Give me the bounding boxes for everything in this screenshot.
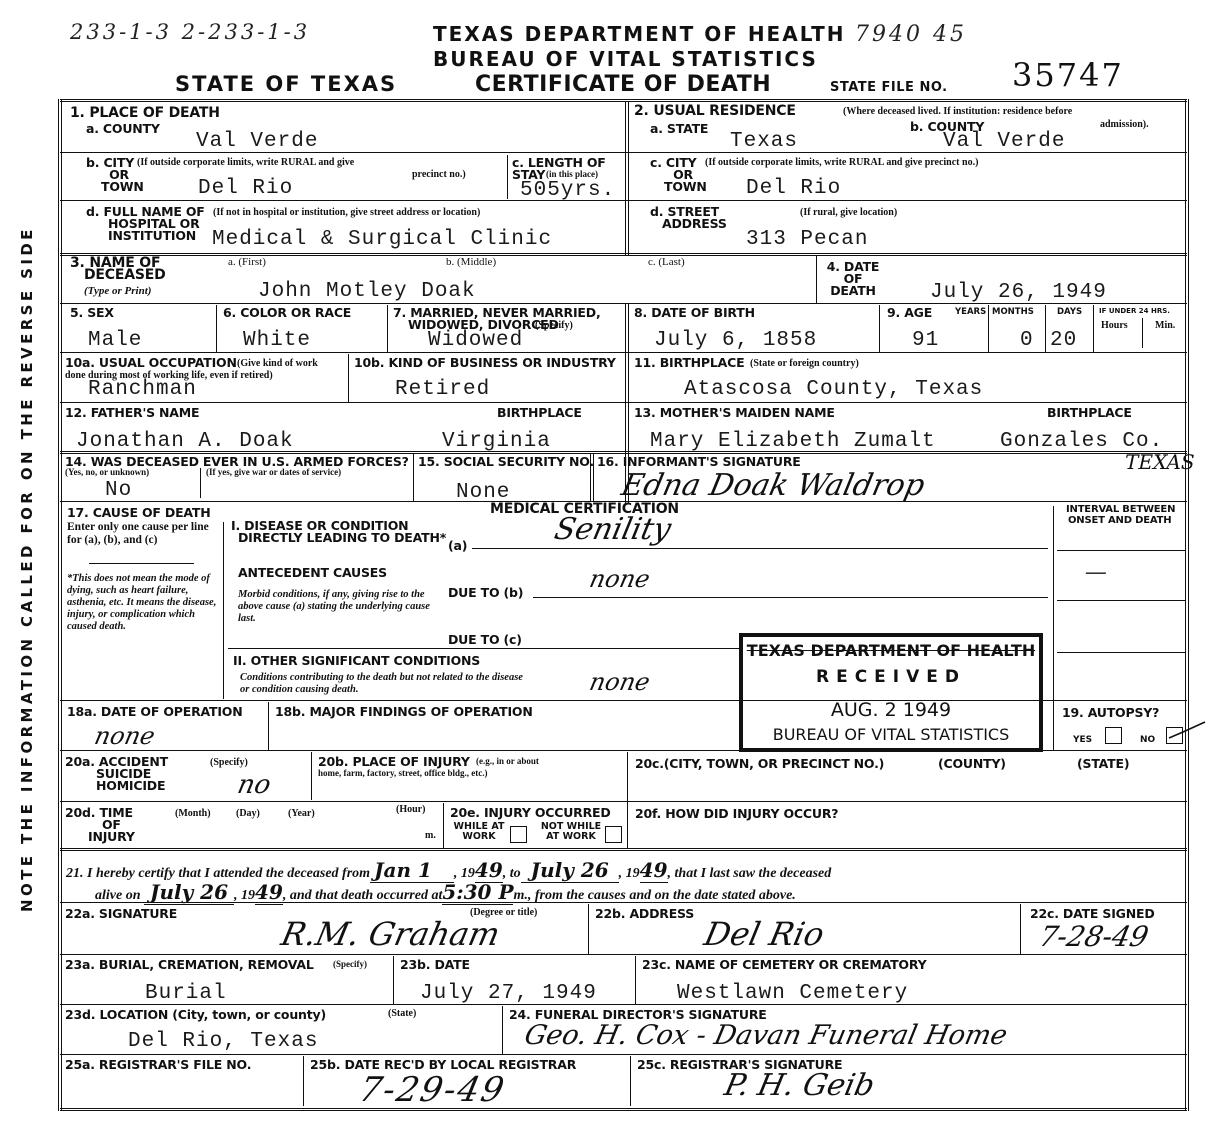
m-label: m. (425, 830, 436, 841)
cert-text-4: m., from the causes and on the date stat… (513, 888, 795, 903)
rule (443, 803, 444, 848)
form-title: CERTIFICATE OF DEATH (475, 72, 771, 97)
funeral-director-signature: Geo. H. Cox - Davan Funeral Home (522, 1020, 1010, 1051)
year-label: (Year) (288, 808, 315, 819)
date-signed-value: 7-28-49 (1036, 920, 1151, 953)
rule (228, 648, 743, 649)
certification-line-2: alive on July 26, 1949, and that death o… (95, 880, 796, 904)
armed-forces-note-1: (Yes, no, or unknown) (65, 468, 149, 478)
usual-residence-note: (Where deceased lived. If institution: r… (843, 106, 1072, 117)
birthplace-value: Atascosa County, Texas (684, 378, 983, 401)
cert-text-2: , that I last saw the deceased (668, 866, 832, 881)
disease-label-2: DIRECTLY LEADING TO DEATH* (238, 531, 446, 544)
physician-address: Del Rio (701, 915, 828, 953)
frame-left (58, 99, 62, 1111)
minutes-label: Min. (1155, 320, 1175, 331)
years-label: YEARS (955, 308, 986, 317)
usual-residence-note-2: admission). (1100, 119, 1149, 130)
deceased-full-name: John Motley Doak (258, 280, 476, 303)
rule (627, 152, 1187, 153)
while-at-work-checkbox[interactable] (510, 826, 527, 843)
autopsy-label: 19. AUTOPSY? (1062, 706, 1159, 719)
stamp-line-1: TEXAS DEPARTMENT OF HEALTH (743, 641, 1039, 660)
dob-label: 8. DATE OF BIRTH (634, 306, 755, 319)
agency-line-2: BUREAU OF VITAL STATISTICS (433, 47, 818, 71)
registrar-signature: P. H. Geib (721, 1068, 877, 1103)
age-months-value: 0 (1020, 329, 1034, 352)
rule (1142, 318, 1143, 348)
cause-b-value: none (587, 565, 653, 593)
rule (413, 453, 414, 501)
rule (630, 1056, 631, 1106)
stay-value: 505yrs. (520, 179, 615, 202)
mother-name-label: 13. MOTHER'S MAIDEN NAME (634, 406, 835, 419)
rule (60, 200, 627, 201)
check-mark-icon (1167, 724, 1207, 744)
sex-label: 5. SEX (70, 306, 114, 319)
res-state-label: a. STATE (650, 122, 708, 135)
autopsy-yes-checkbox[interactable] (1105, 727, 1122, 744)
burial-location-value: Del Rio, Texas (128, 1030, 318, 1053)
injury-type-label-3: HOMICIDE (96, 779, 165, 792)
state-file-label: STATE FILE NO. (830, 80, 948, 95)
injury-place-note-1: (e.g., in or about (476, 757, 539, 767)
rule (502, 1006, 503, 1054)
cert-text-19c: , 19 (234, 888, 255, 903)
operation-findings-label: 18b. MAJOR FINDINGS OF OPERATION (275, 705, 533, 718)
registrar-file-label: 25a. REGISTRAR'S FILE NO. (65, 1058, 251, 1071)
race-value: White (243, 329, 311, 352)
death-city-town: TOWN (101, 180, 144, 193)
rule (588, 904, 589, 954)
rule (590, 453, 594, 501)
not-while-at-work-checkbox[interactable] (605, 826, 622, 843)
cert-text-19b: , 19 (619, 866, 640, 881)
dob-value: July 6, 1858 (654, 329, 817, 352)
rule (268, 702, 269, 750)
burial-location-label: 23d. LOCATION (City, town, or county) (65, 1008, 326, 1021)
rule (816, 255, 817, 303)
street-value: 313 Pecan (746, 228, 868, 251)
rule (393, 956, 394, 1004)
day-label: (Day) (236, 808, 260, 819)
business-label: 10b. KIND OF BUSINESS OR INDUSTRY (354, 356, 616, 369)
occupation-value: Ranchman (88, 378, 197, 401)
deceased-name-label-3: (Type or Print) (84, 285, 151, 298)
state-heading: STATE OF TEXAS (175, 72, 397, 96)
rule (1093, 305, 1094, 352)
state-file-number: 35747 (1012, 56, 1124, 94)
received-stamp: TEXAS DEPARTMENT OF HEALTH RECEIVED AUG.… (739, 633, 1043, 752)
armed-forces-value: No (105, 479, 132, 502)
rule (627, 752, 628, 848)
rule (89, 563, 194, 564)
armed-forces-note-2: (If yes, give war or dates of service) (206, 468, 341, 478)
rule (1057, 550, 1185, 551)
race-label: 6. COLOR OR RACE (223, 306, 351, 319)
res-city-value: Del Rio (746, 177, 841, 200)
street-note: (If rural, give location) (800, 207, 897, 218)
frame-right (1185, 99, 1189, 1111)
cert-text-1: 21. I hereby certify that I attended the… (66, 866, 370, 881)
father-name-value: Jonathan A. Doak (76, 430, 294, 453)
rule (60, 152, 627, 153)
month-label: (Month) (175, 808, 211, 819)
autopsy-no-checkbox[interactable] (1166, 727, 1183, 744)
injury-type-specify: (Specify) (210, 757, 248, 768)
interval-b-value: — (1082, 560, 1109, 585)
hospital-value: Medical & Surgical Clinic (212, 228, 552, 251)
autopsy-yes-label: YES (1073, 736, 1092, 746)
hospital-label-3: INSTITUTION (108, 229, 196, 242)
disposition-label: 23a. BURIAL, CREMATION, REMOVAL (65, 958, 314, 971)
age-label: 9. AGE (887, 306, 932, 319)
date-of-death-value: July 26, 1949 (930, 281, 1107, 304)
hour-label: (Hour) (396, 804, 425, 815)
rule (60, 402, 1187, 403)
agency-line-1: TEXAS DEPARTMENT OF HEALTH (433, 22, 846, 46)
father-birthplace-label: BIRTHPLACE (497, 406, 582, 419)
rule (60, 700, 1187, 701)
mother-name-value: Mary Elizabeth Zumalt (650, 430, 936, 453)
occupation-note-1: (Give kind of work (237, 358, 318, 369)
dod-label-3: DEATH (822, 284, 884, 297)
cause-a-value: Senility (551, 512, 674, 547)
mother-birthplace-label: BIRTHPLACE (1047, 406, 1132, 419)
due-to-b-label: DUE TO (b) (448, 586, 523, 599)
injury-time-label-3: INJURY (88, 830, 135, 843)
rule (635, 956, 636, 1004)
injury-state-label: (STATE) (1077, 757, 1129, 770)
antecedent-note: Morbid conditions, if any, giving rise t… (238, 589, 448, 625)
rule (60, 303, 1187, 304)
stamp-line-4: BUREAU OF VITAL STATISTICS (743, 725, 1039, 744)
informant-signature: Edna Doak Waldrop (618, 468, 928, 503)
certification-line-1: 21. I hereby certify that I attended the… (66, 858, 831, 882)
place-of-death-label: 1. PLACE OF DEATH (70, 106, 220, 121)
usual-residence-label: 2. USUAL RESIDENCE (634, 104, 796, 119)
cert-text-to: , to (503, 866, 521, 881)
date-signed-label: 22c. DATE SIGNED (1030, 907, 1155, 920)
while-at-work-label: WHILE AT WORK (451, 822, 507, 843)
cemetery-value: Westlawn Cemetery (677, 982, 908, 1005)
res-state-value: Texas (730, 130, 798, 153)
cert-text-3: , and that death occurred at (283, 888, 442, 903)
injury-place-note-2: home, farm, factory, street, office bldg… (318, 769, 488, 779)
operation-date-value: none (92, 722, 158, 750)
res-county-value: Val Verde (943, 130, 1065, 153)
rule (60, 352, 1187, 353)
cemetery-label: 23c. NAME OF CEMETERY OR CREMATORY (642, 958, 926, 971)
handwritten-reference-left: 233-1-3 2-233-1-3 (70, 20, 310, 44)
rule (60, 954, 1187, 955)
interval-label-2: ONSET AND DEATH (1068, 516, 1171, 527)
marital-value: Widowed (428, 329, 523, 352)
days-label: DAYS (1057, 308, 1082, 317)
birthplace-label: 11. BIRTHPLACE (634, 356, 744, 369)
injury-county-label: (COUNTY) (938, 757, 1006, 770)
father-name-label: 12. FATHER'S NAME (65, 406, 199, 419)
burial-date-value: July 27, 1949 (420, 982, 597, 1005)
birthplace-note: (State or foreign country) (750, 358, 859, 369)
rule (1053, 702, 1054, 750)
cert-text-alive: alive on (95, 888, 141, 903)
res-city-note: (If outside corporate limits, write RURA… (705, 157, 978, 168)
rule (216, 305, 217, 352)
physician-signature-label: 22a. SIGNATURE (65, 907, 177, 920)
divider-place-residence (625, 102, 629, 255)
hospital-note: (If not in hospital or institution, give… (213, 207, 480, 218)
rule (60, 1004, 1187, 1005)
injury-occurred-label: 20e. INJURY OCCURRED (450, 806, 611, 819)
rule (1057, 652, 1185, 653)
marital-specify: (Specify) (535, 320, 573, 331)
under-24-hours-label: IF UNDER 24 HRS. (1099, 308, 1170, 316)
injury-type-value: no (235, 770, 274, 800)
line-a-label: (a) (448, 539, 467, 552)
rule (60, 902, 1187, 903)
months-label: MONTHS (992, 308, 1034, 317)
rule (303, 1056, 304, 1106)
rule (533, 597, 1048, 598)
physician-signature: R.M. Graham (278, 915, 503, 953)
rule (200, 468, 201, 498)
age-days-value: 20 (1050, 329, 1077, 352)
how-injury-label: 20f. HOW DID INJURY OCCUR? (635, 807, 838, 820)
hours-label: Hours (1101, 320, 1128, 331)
reverse-side-note: NOTE THE INFORMATION CALLED FOR ON THE R… (18, 226, 36, 912)
frame-top (60, 99, 1187, 102)
rule (1053, 506, 1054, 702)
cause-instructions: Enter only one cause per line for (a), (… (67, 521, 217, 547)
deceased-name-label-2: DECEASED (84, 268, 166, 283)
injury-location-label: 20c.(CITY, TOWN, OR PRECINCT NO.) (635, 757, 884, 770)
res-city-town: TOWN (664, 180, 707, 193)
informant-signature-label: 16. INFORMANT'S SIGNATURE (597, 455, 801, 468)
local-registrar-date-value: 7-29-49 (356, 1070, 510, 1110)
rule (60, 848, 1187, 851)
autopsy-no-label: NO (1140, 736, 1155, 746)
cert-text-19a: , 19 (454, 866, 475, 881)
rule (627, 200, 1187, 201)
disposition-specify: (Specify) (333, 960, 367, 970)
age-years-value: 91 (912, 329, 939, 352)
rule (472, 548, 1048, 549)
handwritten-reference-right: 7940 45 (855, 22, 967, 47)
other-conditions-value: none (587, 668, 653, 696)
street-label-2: ADDRESS (662, 217, 727, 230)
death-city-value: Del Rio (198, 177, 293, 200)
informant-state-note: TEXAS (1122, 450, 1197, 474)
rule (223, 522, 224, 699)
last-name-label: c. (Last) (648, 256, 685, 268)
death-county-label: a. COUNTY (86, 122, 160, 135)
rule (1020, 904, 1021, 954)
ssn-label: 15. SOCIAL SECURITY NO. (418, 455, 594, 468)
due-to-c-label: DUE TO (c) (448, 633, 522, 646)
rule (1045, 305, 1046, 352)
death-city-precinct-note: precinct no.) (412, 169, 466, 180)
rule (507, 155, 508, 199)
occupation-label: 10a. USUAL OCCUPATION (65, 356, 237, 369)
cause-footnote: *This does not mean the mode of dying, s… (67, 573, 217, 633)
rule (311, 752, 312, 800)
first-name-label: a. (First) (228, 256, 266, 268)
other-conditions-label: II. OTHER SIGNIFICANT CONDITIONS (233, 654, 480, 667)
father-birthplace-value: Virginia (442, 430, 551, 453)
injury-place-label: 20b. PLACE OF INJURY (318, 755, 470, 768)
business-value: Retired (395, 378, 490, 401)
rule (387, 305, 388, 352)
interval-label-1: INTERVAL BETWEEN (1066, 505, 1175, 516)
injury-time-label-1: 20d. TIME (65, 806, 133, 819)
antecedent-label: ANTECEDENT CAUSES (238, 566, 387, 579)
disposition-value: Burial (145, 982, 227, 1005)
physician-address-label: 22b. ADDRESS (595, 907, 694, 920)
rule (60, 801, 1187, 802)
operation-date-label: 18a. DATE OF OPERATION (67, 705, 242, 718)
stamp-line-2: RECEIVED (743, 667, 1039, 687)
burial-date-label: 23b. DATE (400, 958, 470, 971)
death-city-note: (If outside corporate limits, write RURA… (137, 157, 354, 168)
rule (988, 305, 989, 352)
burial-state-label: (State) (388, 1008, 416, 1019)
sex-value: Male (88, 329, 142, 352)
not-while-at-work-label: NOT WHILE AT WORK (537, 822, 605, 843)
rule (1057, 600, 1185, 601)
cause-of-death-label: 17. CAUSE OF DEATH (67, 506, 211, 519)
other-conditions-note: Conditions contributing to the death but… (240, 672, 530, 696)
middle-name-label: b. (Middle) (446, 256, 496, 268)
death-county-value: Val Verde (196, 130, 318, 153)
stamp-date: AUG. 2 1949 (743, 699, 1039, 721)
frame-bottom (60, 1108, 1187, 1111)
rule (879, 305, 880, 352)
rule (60, 750, 1187, 751)
rule (348, 354, 349, 402)
rule (60, 1054, 1187, 1055)
